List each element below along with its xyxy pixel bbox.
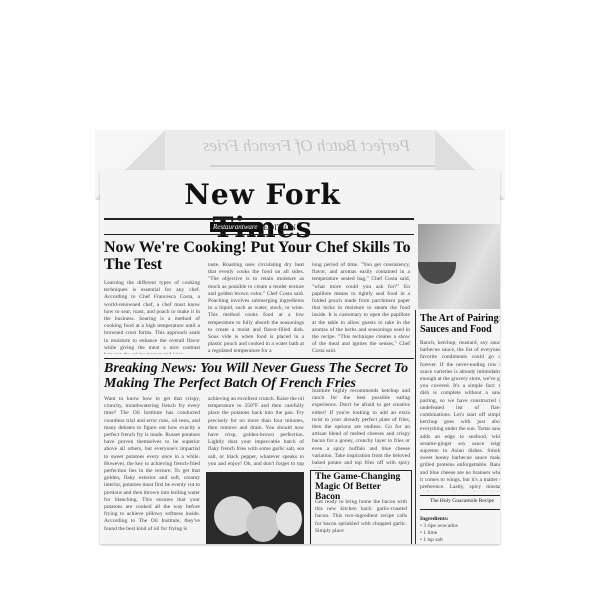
section-rule	[104, 358, 414, 359]
ingredients-label: Ingredients:	[420, 516, 449, 522]
article-1-col-2: taste. Roasting uses circulating dry hea…	[208, 262, 304, 354]
ingredients-list: Ingredients: • 3 ripe avocados • 1 lime …	[420, 516, 488, 544]
article-2-col-1: Want to know how to get that crispy, cru…	[104, 396, 200, 544]
bacon-article-box: The Game-Changing Magic Of Better Bacon …	[310, 470, 412, 544]
recipe-under-rule	[420, 509, 500, 510]
back-flap-ghost-title: Perfect Batch Of French Fries	[203, 136, 410, 156]
sidebar-rule	[415, 310, 416, 544]
edition-line: Restaurantware EDITION	[210, 222, 296, 232]
article-4-body: Ranch, ketchup, mustard, soy sauce, barb…	[420, 340, 500, 492]
article-2-col-3: Institute highly recommends ketchup and …	[312, 388, 410, 468]
article-2-headline: Breaking News: You Will Never Guess The …	[104, 362, 414, 391]
recipe-rule	[420, 495, 500, 496]
recipe-title: The Holy Guacamole Recipe	[420, 498, 500, 508]
brand-logo: Restaurantware	[210, 222, 260, 232]
ingredient-item: • 1 lime	[420, 530, 488, 537]
fried-food-photo	[206, 472, 304, 544]
bag-front-panel: New Fork Times Restaurantware EDITION No…	[100, 170, 500, 544]
sauce-bowl-photo	[418, 224, 500, 309]
article-4-headline: The Art of Pairing: Sauces and Food	[420, 314, 500, 335]
newspaper-bag: Perfect Batch Of French Fries New Fork T…	[95, 118, 505, 548]
masthead-under-rule	[104, 234, 414, 235]
edition-label: EDITION	[263, 223, 295, 232]
article-1-col-3: long period of time. "You get consistenc…	[312, 262, 410, 354]
article-2-col-2: achieving an excellent crunch. Raise the…	[208, 396, 304, 468]
masthead-rule	[104, 218, 414, 220]
article-1-col-1: Learning the different types of cooking …	[104, 280, 200, 354]
ingredient-item: • 3 ripe avocados	[420, 523, 488, 530]
ingredient-item: • 1 tsp salt	[420, 537, 488, 544]
article-3-body: Get ready to bring home the bacon with t…	[315, 499, 407, 543]
